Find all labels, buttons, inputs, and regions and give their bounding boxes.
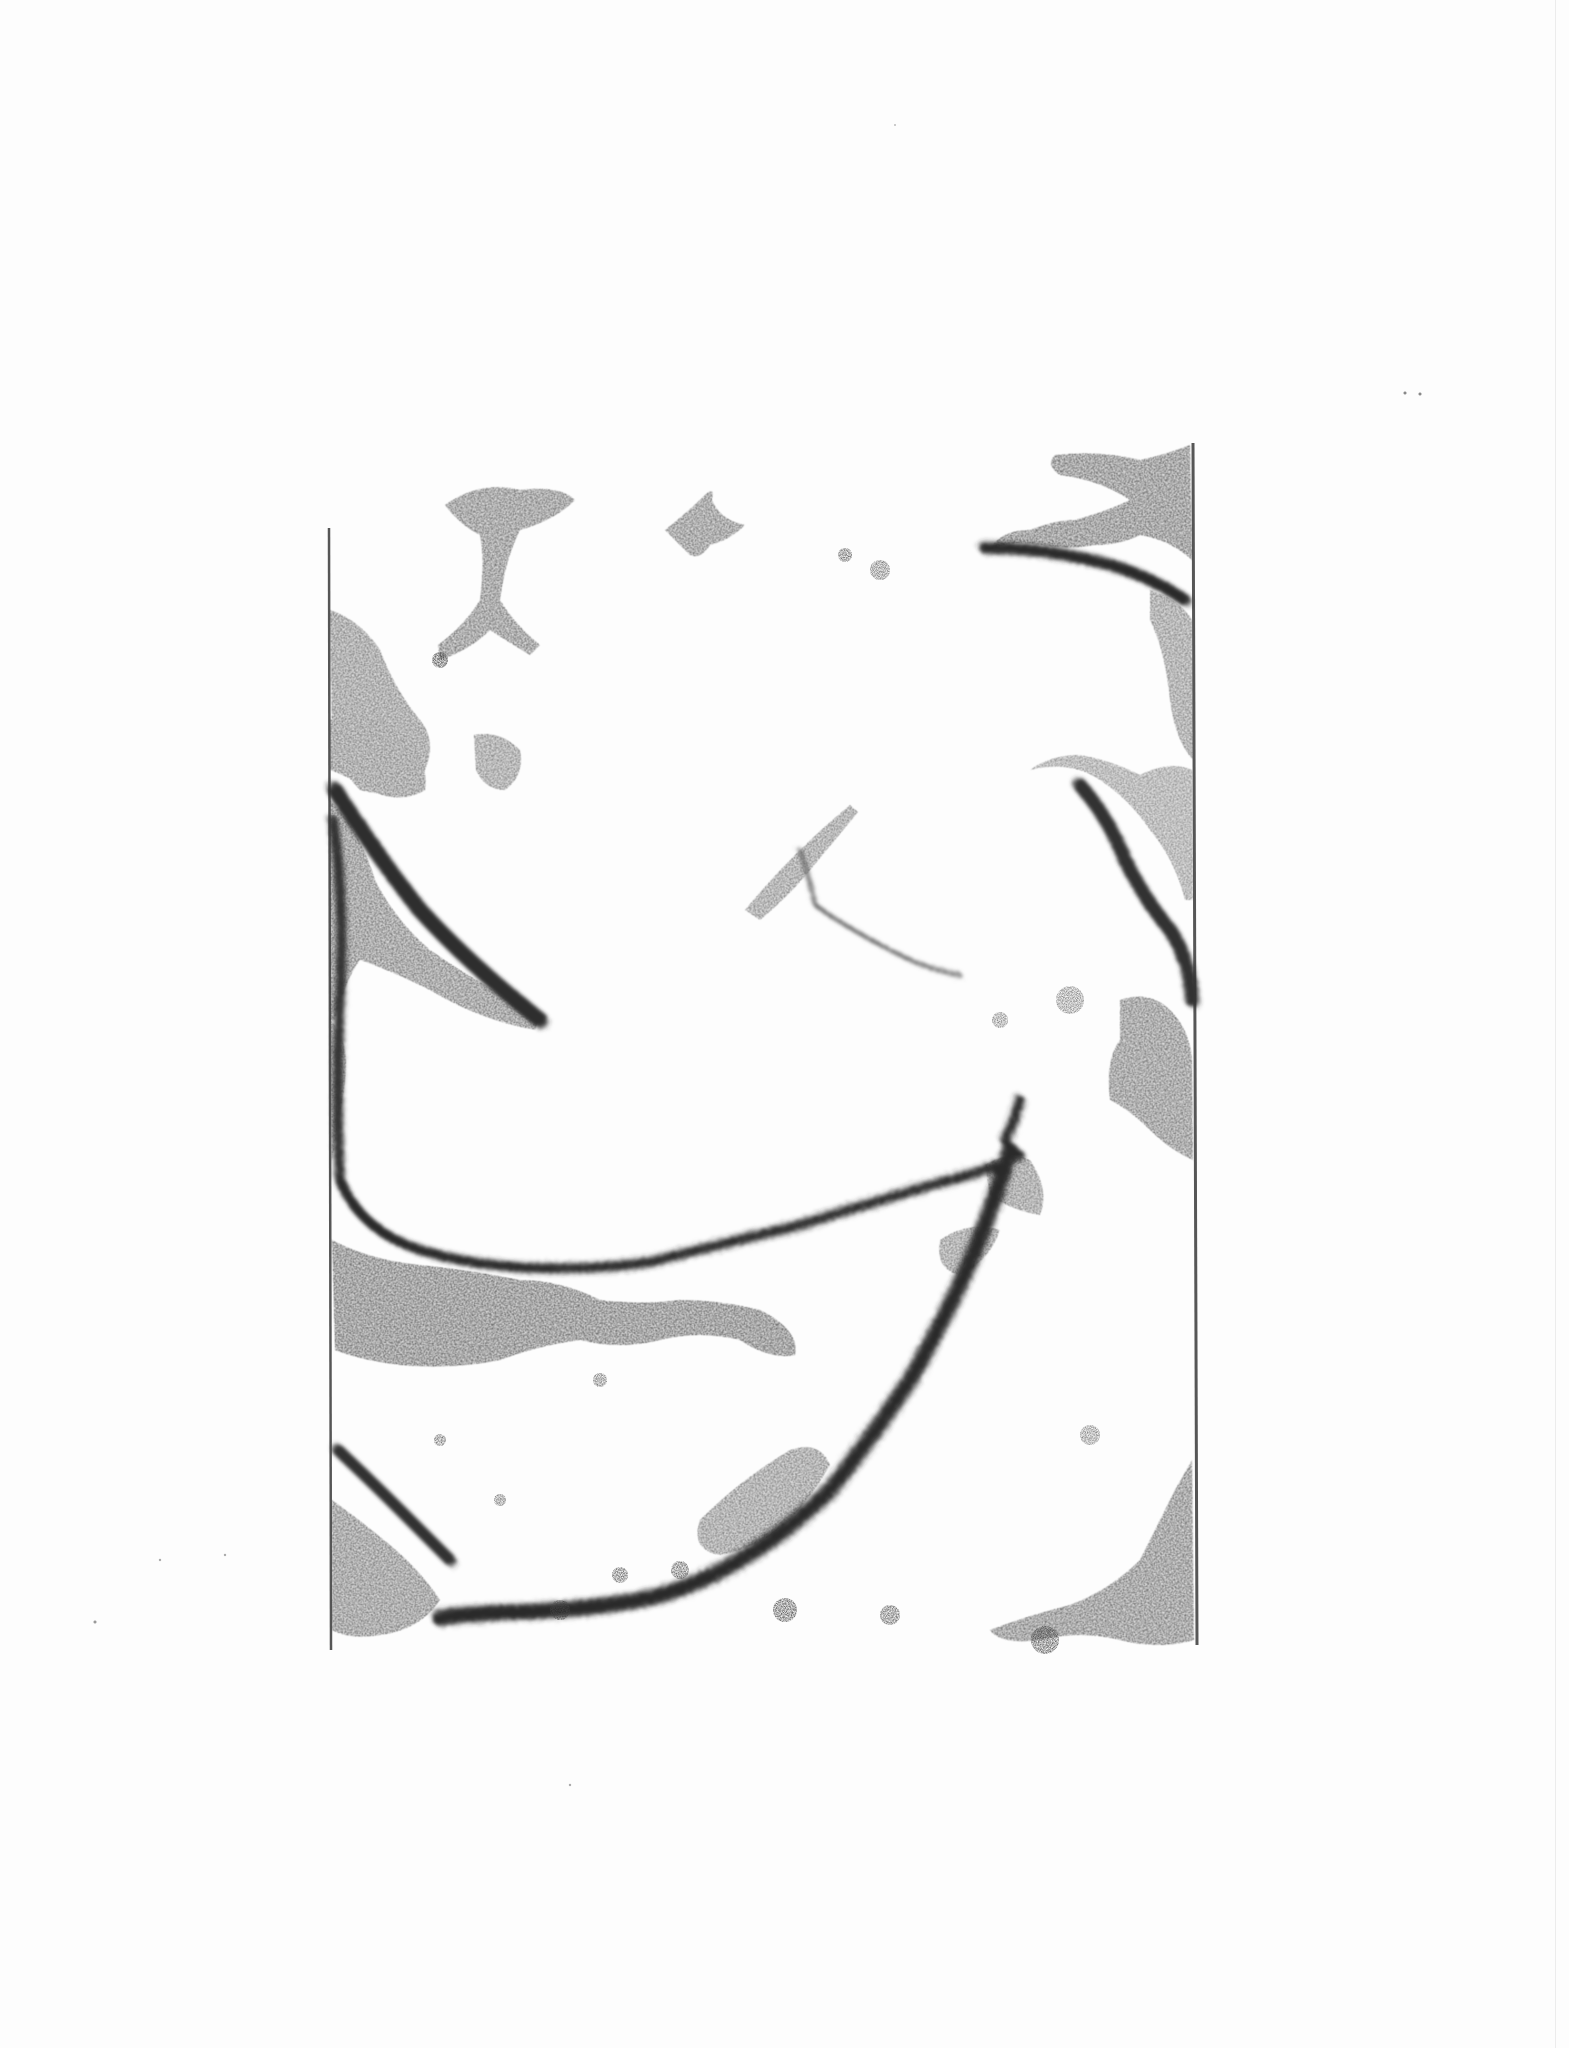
paper-page xyxy=(0,0,1569,2048)
ink-strokes xyxy=(333,548,1192,1618)
ink-masses xyxy=(330,445,1194,1645)
monoprint-artwork xyxy=(0,0,1569,2048)
